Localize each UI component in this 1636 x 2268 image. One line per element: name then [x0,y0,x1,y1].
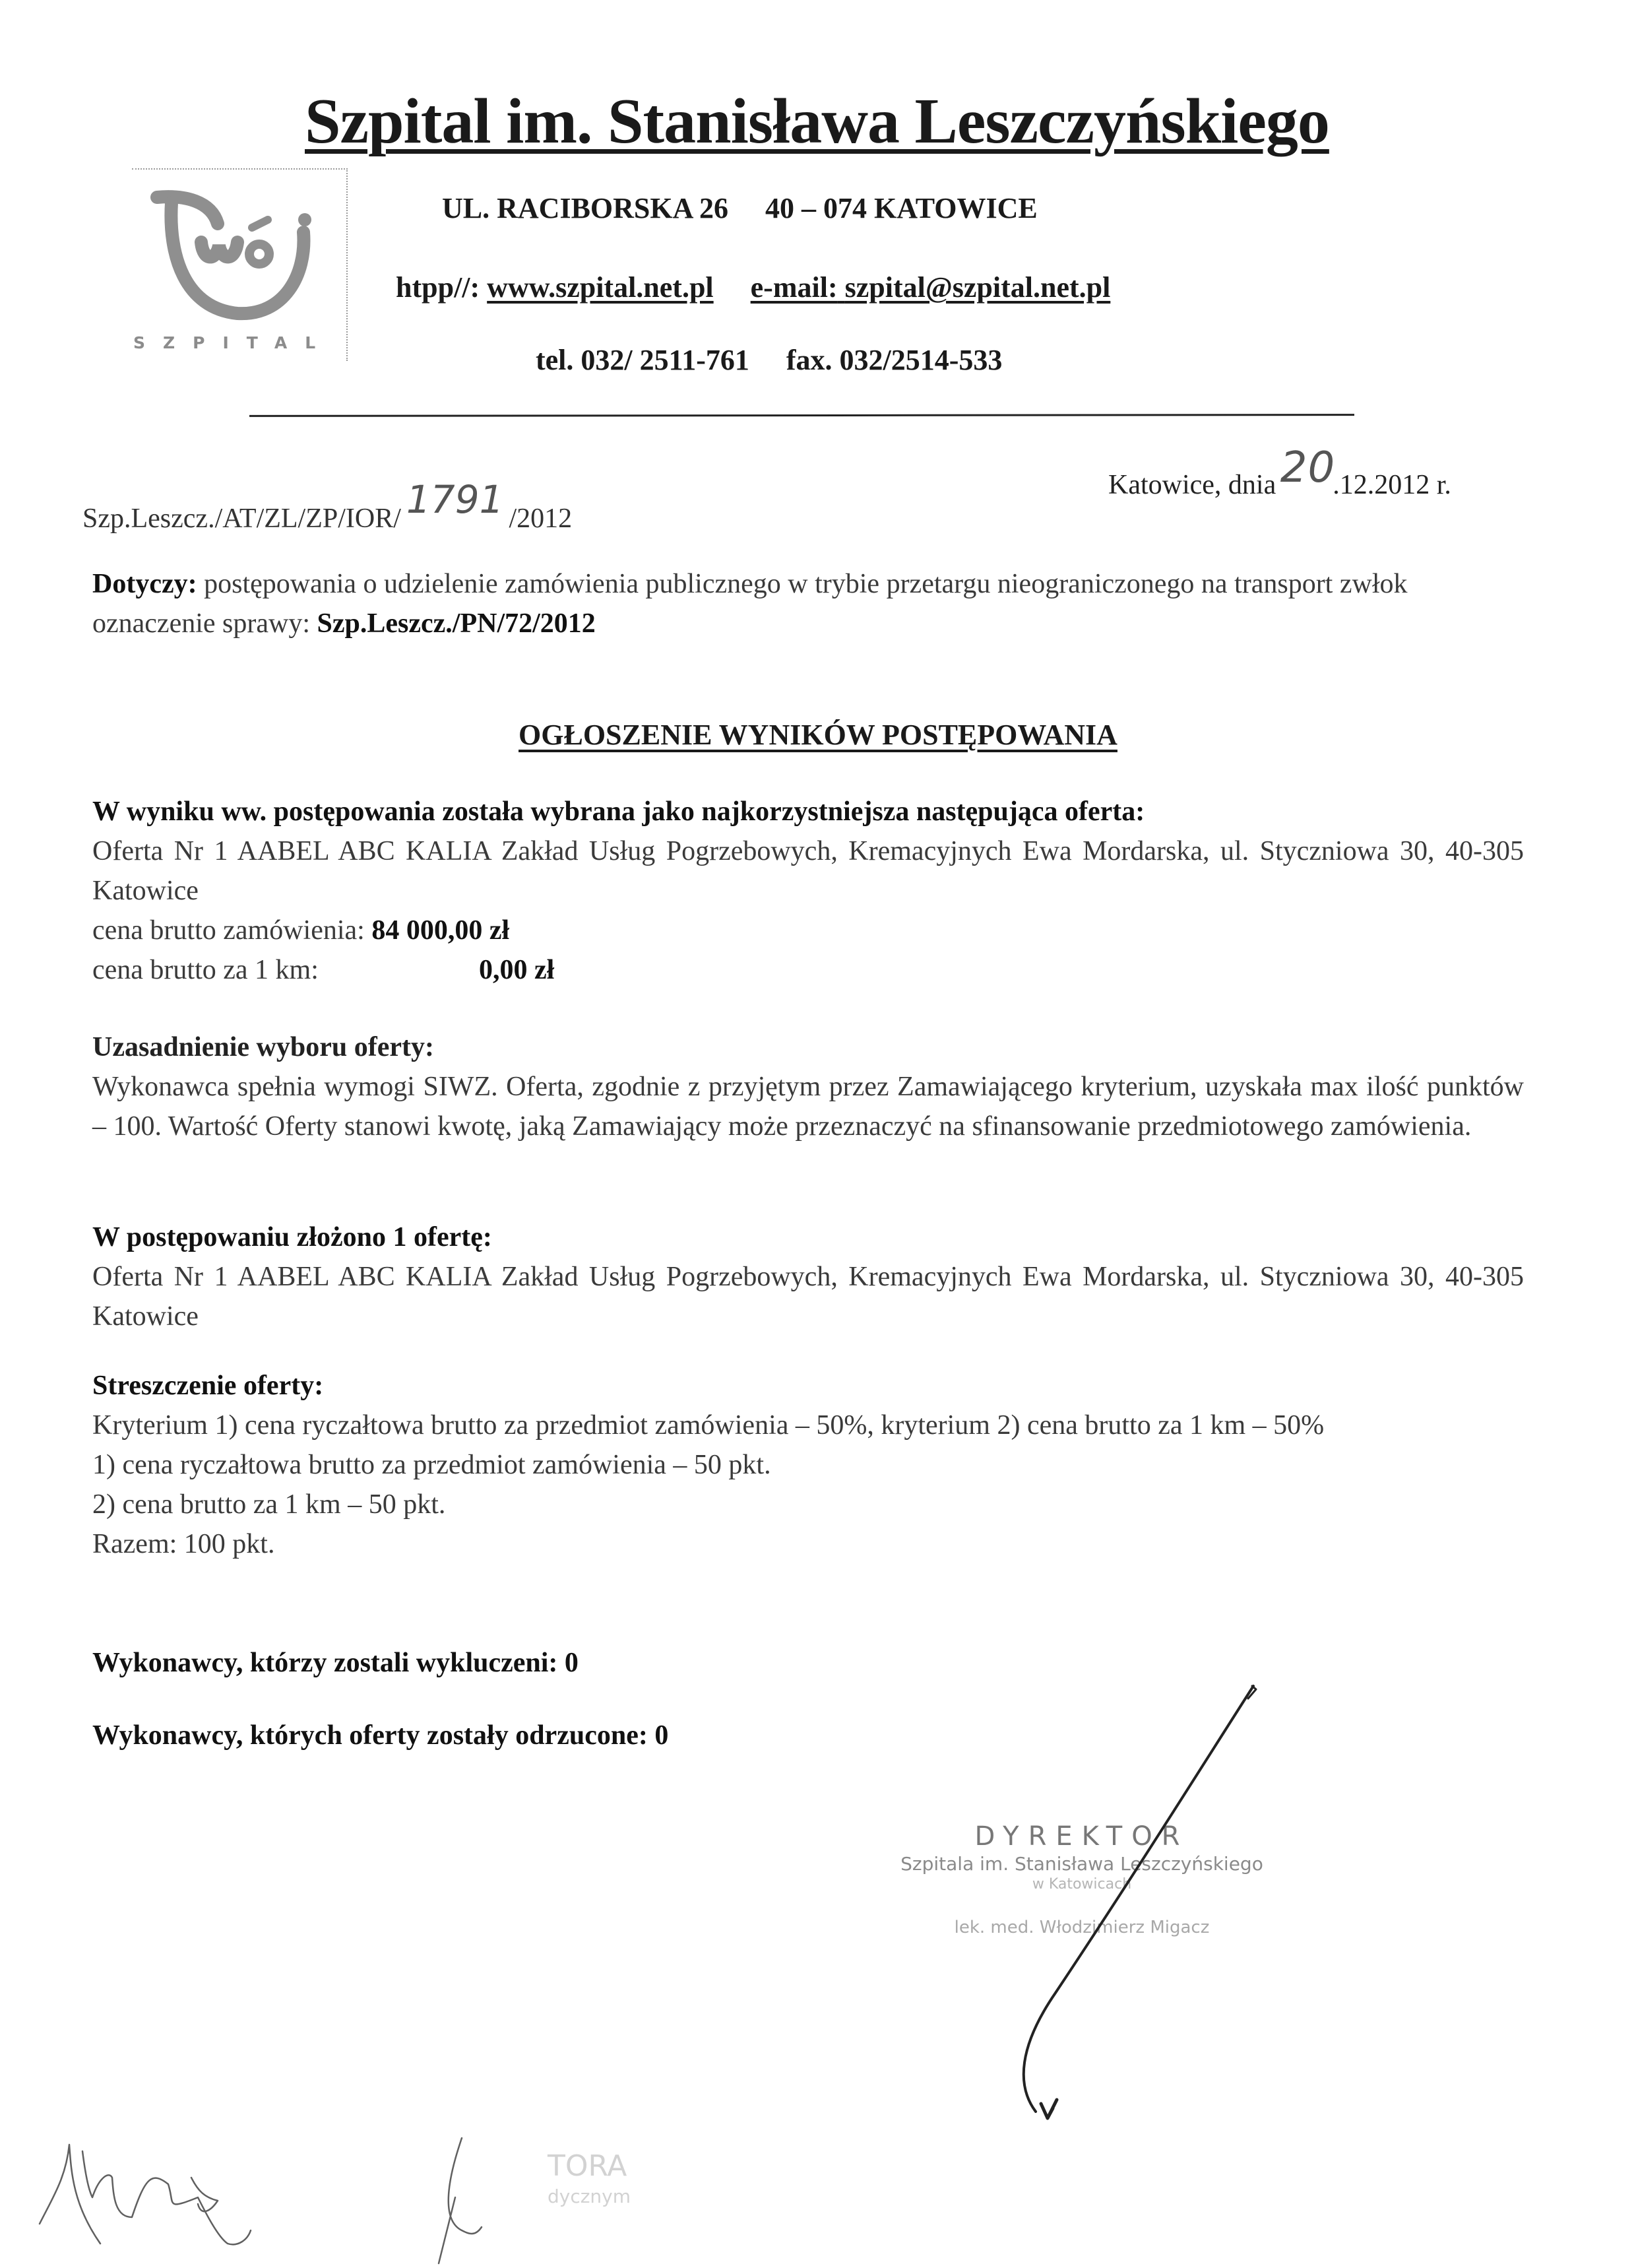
submitted-offers-section: W postępowaniu złożono 1 ofertę: Oferta … [92,1217,1524,1336]
rejected-count: 0 [654,1720,668,1751]
stamp-name: lek. med. Włodzimierz Migacz [858,1918,1306,1937]
director-stamp: DYREKTOR Szpitala im. Stanisława Leszczy… [858,1821,1306,1937]
subject-section: Dotyczy: postępowania o udzielenie zamów… [92,564,1524,643]
per-km-label: cena brutto za 1 km: [92,950,479,990]
rejected-offers: Wykonawcy, których oferty zostały odrzuc… [92,1716,1524,1755]
handwritten-reference: 1791 [406,477,504,522]
phone-number: tel. 032/ 2511-761 [536,344,749,376]
website-link[interactable]: www.szpital.net.pl [487,271,713,304]
excluded-contractors: Wykonawcy, którzy zostali wykluczeni: 0 [92,1643,1524,1683]
justification-section: Uzasadnienie wyboru oferty: Wykonawca sp… [92,1027,1524,1146]
selected-offer-text: Oferta Nr 1 AABEL ABC KALIA Zakład Usług… [92,831,1524,911]
address-line: UL. RACIBORSKA 2640 – 074 KATOWICE [442,191,1038,225]
hospital-title: Szpital im. Stanisława Leszczyńskiego [305,84,1329,158]
justification-heading: Uzasadnienie wyboru oferty: [92,1027,1524,1067]
excluded-count: 0 [565,1648,579,1678]
stamp-city: w Katowicach [858,1876,1306,1893]
stamp-institution: Szpitala im. Stanisława Leszczyńskiego [858,1853,1306,1875]
address-street: UL. RACIBORSKA 26 [442,192,728,224]
subject-label: Dotyczy: [92,569,197,599]
summary-line: Razem: 100 pkt. [92,1524,1524,1564]
justification-text: Wykonawca spełnia wymogi SIWZ. Oferta, z… [92,1067,1524,1146]
gross-price-value: 84 000,00 zł [371,915,509,946]
handwritten-day: 20 [1280,443,1335,492]
case-label: oznaczenie sprawy: [92,608,310,639]
summary-line: 1) cena ryczałtowa brutto za przedmiot z… [92,1445,1524,1485]
initials-signature-icon [40,2145,251,2244]
offer-summary-section: Streszczenie oferty: Kryterium 1) cena r… [92,1366,1524,1564]
reference-number: Szp.Leszcz./AT/ZL/ZP/IOR/1791/2012 [82,492,572,536]
web-prefix: htpp//: [396,271,480,304]
summary-criteria: Kryterium 1) cena ryczałtowa brutto za p… [92,1406,1544,1445]
faint-stamp-remnant: TORA dycznym [548,2151,631,2212]
twoj-smile-logo-icon [139,176,336,331]
phone-line: tel. 032/ 2511-761fax. 032/2514-533 [536,343,1002,377]
logo-wordmark: SZPITAL [133,333,333,352]
summary-heading: Streszczenie oferty: [92,1366,1524,1406]
selected-offer-section: W wyniku ww. postępowania została wybran… [92,792,1524,990]
gross-price-label: cena brutto zamówienia: [92,915,365,946]
fax-number: fax. 032/2514-533 [786,344,1003,376]
document-date: Katowice, dnia 20.12.2012 r. [1108,455,1451,504]
submitted-text: Oferta Nr 1 AABEL ABC KALIA Zakład Usług… [92,1257,1524,1336]
per-km-value: 0,00 zł [479,955,554,985]
header-divider [249,414,1354,417]
summary-line: 2) cena brutto za 1 km – 50 pkt. [92,1485,1524,1524]
stamp-title: DYREKTOR [858,1821,1306,1852]
address-city: 40 – 074 KATOWICE [765,192,1038,224]
case-number: Szp.Leszcz./PN/72/2012 [317,608,596,639]
submitted-heading: W postępowaniu złożono 1 ofertę: [92,1217,1524,1257]
subject-text: postępowania o udzielenie zamówienia pub… [204,569,1407,599]
announcement-title: OGŁOSZENIE WYNIKÓW POSTĘPOWANIA [0,718,1636,752]
email-link[interactable]: e-mail: szpital@szpital.net.pl [751,271,1111,304]
hospital-logo: SZPITAL [132,168,348,361]
selected-offer-heading: W wyniku ww. postępowania została wybran… [92,792,1524,831]
web-contact-line: htpp//: www.szpital.net.ple-mail: szpita… [396,271,1110,304]
